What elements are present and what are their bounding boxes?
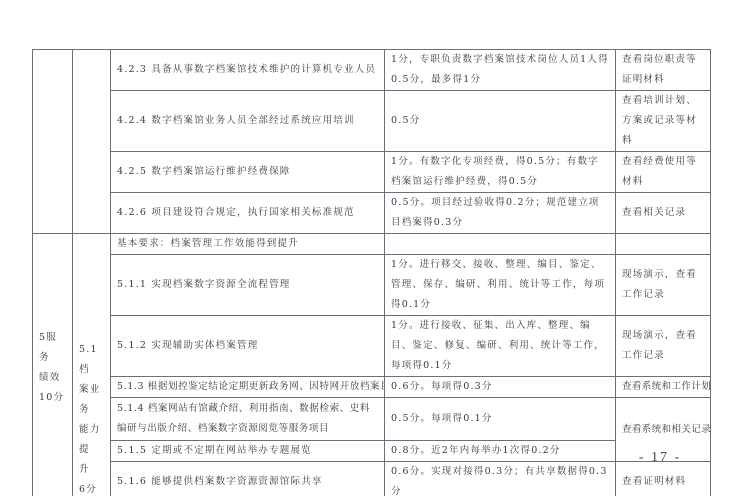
category-line: 10分: [39, 388, 66, 408]
item-cell: 4.2.3 具备从事数字档案馆技术维护的计算机专业人员: [111, 50, 385, 91]
score-cell-empty: [385, 234, 616, 255]
score-cell: 0.6分。每项得0.3分: [385, 377, 616, 398]
method-cell: 现场演示，查看工作记录: [616, 255, 711, 316]
item-cell: 5.1.4 档案网站有馆藏介绍、利用指南、数据检索、史料编研与出版介绍、档案数字…: [111, 398, 385, 441]
subcategory-line: 升: [79, 460, 104, 480]
score-cell: 0.8分。近2年内每举办1次得0.2分: [385, 441, 616, 462]
category-line: 绩效: [39, 368, 66, 388]
score-cell: 0.6分。实现对接得0.3分；有共享数据得0.3分: [385, 462, 616, 496]
subcategory-line: 案业务: [79, 380, 104, 420]
table-row: 5.1.3 根据划控鉴定结论定期更新政务网、因特网开放档案目录 0.6分。每项得…: [33, 377, 711, 398]
table-row: 5.1.6 能够提供档案数字资源资源馆际共享 0.6分。实现对接得0.3分；有共…: [33, 462, 711, 496]
item-cell: 5.1.1 实现档案数字资源全流程管理: [111, 255, 385, 316]
table-row: 5服务 绩效 10分 5.1 档 案业务 能力提 升 6分 基本要求：档案管理工…: [33, 234, 711, 255]
page-number: - 17 -: [630, 450, 690, 466]
evaluation-table: 4.2.3 具备从事数字档案馆技术维护的计算机专业人员 1分，专职负责数字档案馆…: [32, 49, 711, 496]
document-page: 4.2.3 具备从事数字档案馆技术维护的计算机专业人员 1分，专职负责数字档案馆…: [0, 0, 748, 496]
subcategory-cell-5-1: 5.1 档 案业务 能力提 升 6分: [73, 234, 111, 496]
category-cell-5: 5服务 绩效 10分: [33, 234, 73, 496]
method-cell: 查看证明材料: [616, 462, 711, 496]
subcategory-cell-4-2-continued: [73, 50, 111, 234]
subcategory-line: 6分: [79, 480, 104, 496]
table-row: 5.1.1 实现档案数字资源全流程管理 1分。进行移交、接收、整理、编目、鉴定、…: [33, 255, 711, 316]
method-cell: 查看培训计划、方案或记录等材料: [616, 91, 711, 152]
score-cell: 1分。进行移交、接收、整理、编目、鉴定、管理、保存、编研、利用、统计等工作，每项…: [385, 255, 616, 316]
table-row: 5.1.4 档案网站有馆藏介绍、利用指南、数据检索、史料编研与出版介绍、档案数字…: [33, 398, 711, 441]
category-line: 5服务: [39, 328, 66, 368]
item-cell: 5.1.6 能够提供档案数字资源资源馆际共享: [111, 462, 385, 496]
score-cell: 0.5分。项目经过验收得0.2分；规范建立项目档案得0.3分: [385, 193, 616, 234]
item-cell: 4.2.5 数字档案馆运行维护经费保障: [111, 152, 385, 193]
table-row: 4.2.4 数字档案馆业务人员全部经过系统应用培训 0.5分 查看培训计划、方案…: [33, 91, 711, 152]
score-cell: 1分，专职负责数字档案馆技术岗位人员1人得0.5分，最多得1分: [385, 50, 616, 91]
method-cell: 查看相关记录: [616, 193, 711, 234]
score-cell: 1分。有数字化专项经费，得0.5分；有数字档案馆运行维护经费，得0.5分: [385, 152, 616, 193]
method-cell: 查看岗位职责等证明材料: [616, 50, 711, 91]
method-cell: 查看经费使用等材料: [616, 152, 711, 193]
table-row: 4.2.6 项目建设符合规定，执行国家相关标准规范 0.5分。项目经过验收得0.…: [33, 193, 711, 234]
table-row: 4.2.5 数字档案馆运行维护经费保障 1分。有数字化专项经费，得0.5分；有数…: [33, 152, 711, 193]
item-cell: 5.1.3 根据划控鉴定结论定期更新政务网、因特网开放档案目录: [111, 377, 385, 398]
item-cell: 4.2.6 项目建设符合规定，执行国家相关标准规范: [111, 193, 385, 234]
table-row: 5.1.5 定期或不定期在网站举办专题展览 0.8分。近2年内每举办1次得0.2…: [33, 441, 711, 462]
subcategory-line: 能力提: [79, 420, 104, 460]
category-cell-4-continued: [33, 50, 73, 234]
item-cell: 5.1.2 实现辅助实体档案管理: [111, 316, 385, 377]
table-row: 5.1.2 实现辅助实体档案管理 1分。进行接收、征集、出入库、整理、编目、鉴定…: [33, 316, 711, 377]
item-cell: 4.2.4 数字档案馆业务人员全部经过系统应用培训: [111, 91, 385, 152]
table-row: 4.2.3 具备从事数字档案馆技术维护的计算机专业人员 1分，专职负责数字档案馆…: [33, 50, 711, 91]
subcategory-line: 5.1 档: [79, 340, 104, 380]
score-cell: 0.5分。每项得0.1分: [385, 398, 616, 441]
method-cell: 现场演示，查看工作记录: [616, 316, 711, 377]
item-cell: 5.1.5 定期或不定期在网站举办专题展览: [111, 441, 385, 462]
method-cell: 查看系统和工作计划: [616, 377, 711, 398]
score-cell: 0.5分: [385, 91, 616, 152]
method-cell-empty: [616, 234, 711, 255]
basic-requirement-cell: 基本要求：档案管理工作效能得到提升: [111, 234, 385, 255]
score-cell: 1分。进行接收、征集、出入库、整理、编目、鉴定、修复、编研、利用、统计等工作，每…: [385, 316, 616, 377]
